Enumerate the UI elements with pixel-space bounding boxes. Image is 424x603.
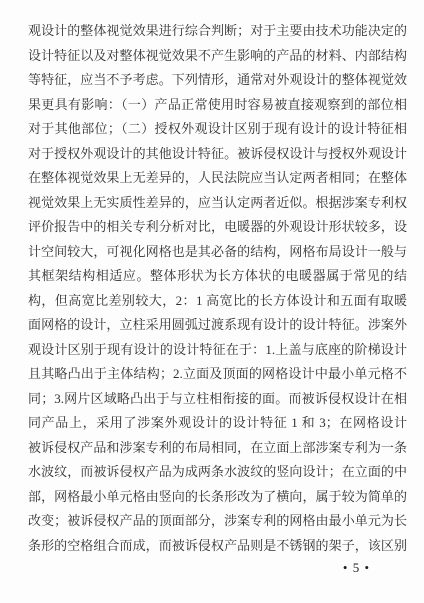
text-line: 其框架结构相适应。整体形状为长方体状的电暖器属于常见的结	[28, 264, 407, 289]
text-line: 被诉侵权产品和涉案专利的布局相同，在立面上部涉案专利为一条	[28, 436, 407, 461]
text-line: 同；3.网片区域略凸出于与立柱相衔接的面。而被诉侵权设计在相	[28, 387, 407, 412]
text-line: 且其略凸出于主体结构；2.立面及顶面的网格设计中最小单元格不	[28, 362, 407, 387]
text-line: 计空间较大，可视化网格也是其必备的结构，网格布局设计一般与	[28, 240, 407, 265]
body-text: 观设计的整体视觉效果进行综合判断；对于主要由技术功能决定的 设计特征以及对整体视…	[28, 19, 407, 558]
text-line: 改变；被诉侵权产品的顶面部分，涉案专利的网格由最小单元为长	[28, 509, 407, 534]
text-line: 对于授权外观设计的其他设计特征。被诉侵权设计与授权外观设计	[28, 142, 407, 167]
text-line: 部，网格最小单元格由竖向的长条形改为了横向，属于较为简单的	[28, 485, 407, 510]
text-line: 观设计的整体视觉效果进行综合判断；对于主要由技术功能决定的	[28, 19, 407, 44]
text-line: 视觉效果上无实质性差异的，应当认定两者近似。根据涉案专利权	[28, 191, 407, 216]
text-line: 水波纹，而被诉侵权产品为成两条水波纹的竖向设计；在立面的中	[28, 460, 407, 485]
text-line: 观设计区别于现有设计的设计特征在于：1.上盖与底座的阶梯设计	[28, 338, 407, 363]
text-line: 评价报告中的相关专利分析对比，电暖器的外观设计形状较多，设	[28, 215, 407, 240]
text-line: 同产品上，采用了涉案外观设计的设计特征 1 和 3；在网格设计上，	[28, 411, 407, 436]
text-line: 条形的空格组合而成，而被诉侵权产品则是不锈钢的架子，该区别	[28, 534, 407, 559]
text-line: 设计特征以及对整体视觉效果不产生影响的产品的材料、内部结构	[28, 44, 407, 69]
text-line: 果更具有影响：（一）产品正常使用时容易被直接观察到的部位相	[28, 93, 407, 118]
text-line: 构，但高宽比差别较大，2：1 高宽比的长方体设计和五面有取暖	[28, 289, 407, 314]
text-line: 在整体视觉效果上无差异的，人民法院应当认定两者相同；在整体	[28, 166, 407, 191]
text-line: 等特征，应当不予考虑。下列情形，通常对外观设计的整体视觉效	[28, 68, 407, 93]
page-number: • 5 •	[28, 561, 370, 575]
text-line: 面网格的设计，立柱采用圆弧过渡系现有设计的设计特征。涉案外	[28, 313, 407, 338]
document-page: 观设计的整体视觉效果进行综合判断；对于主要由技术功能决定的 设计特征以及对整体视…	[0, 0, 424, 603]
text-line: 对于其他部位；（二）授权外观设计区别于现有设计的设计特征相	[28, 117, 407, 142]
